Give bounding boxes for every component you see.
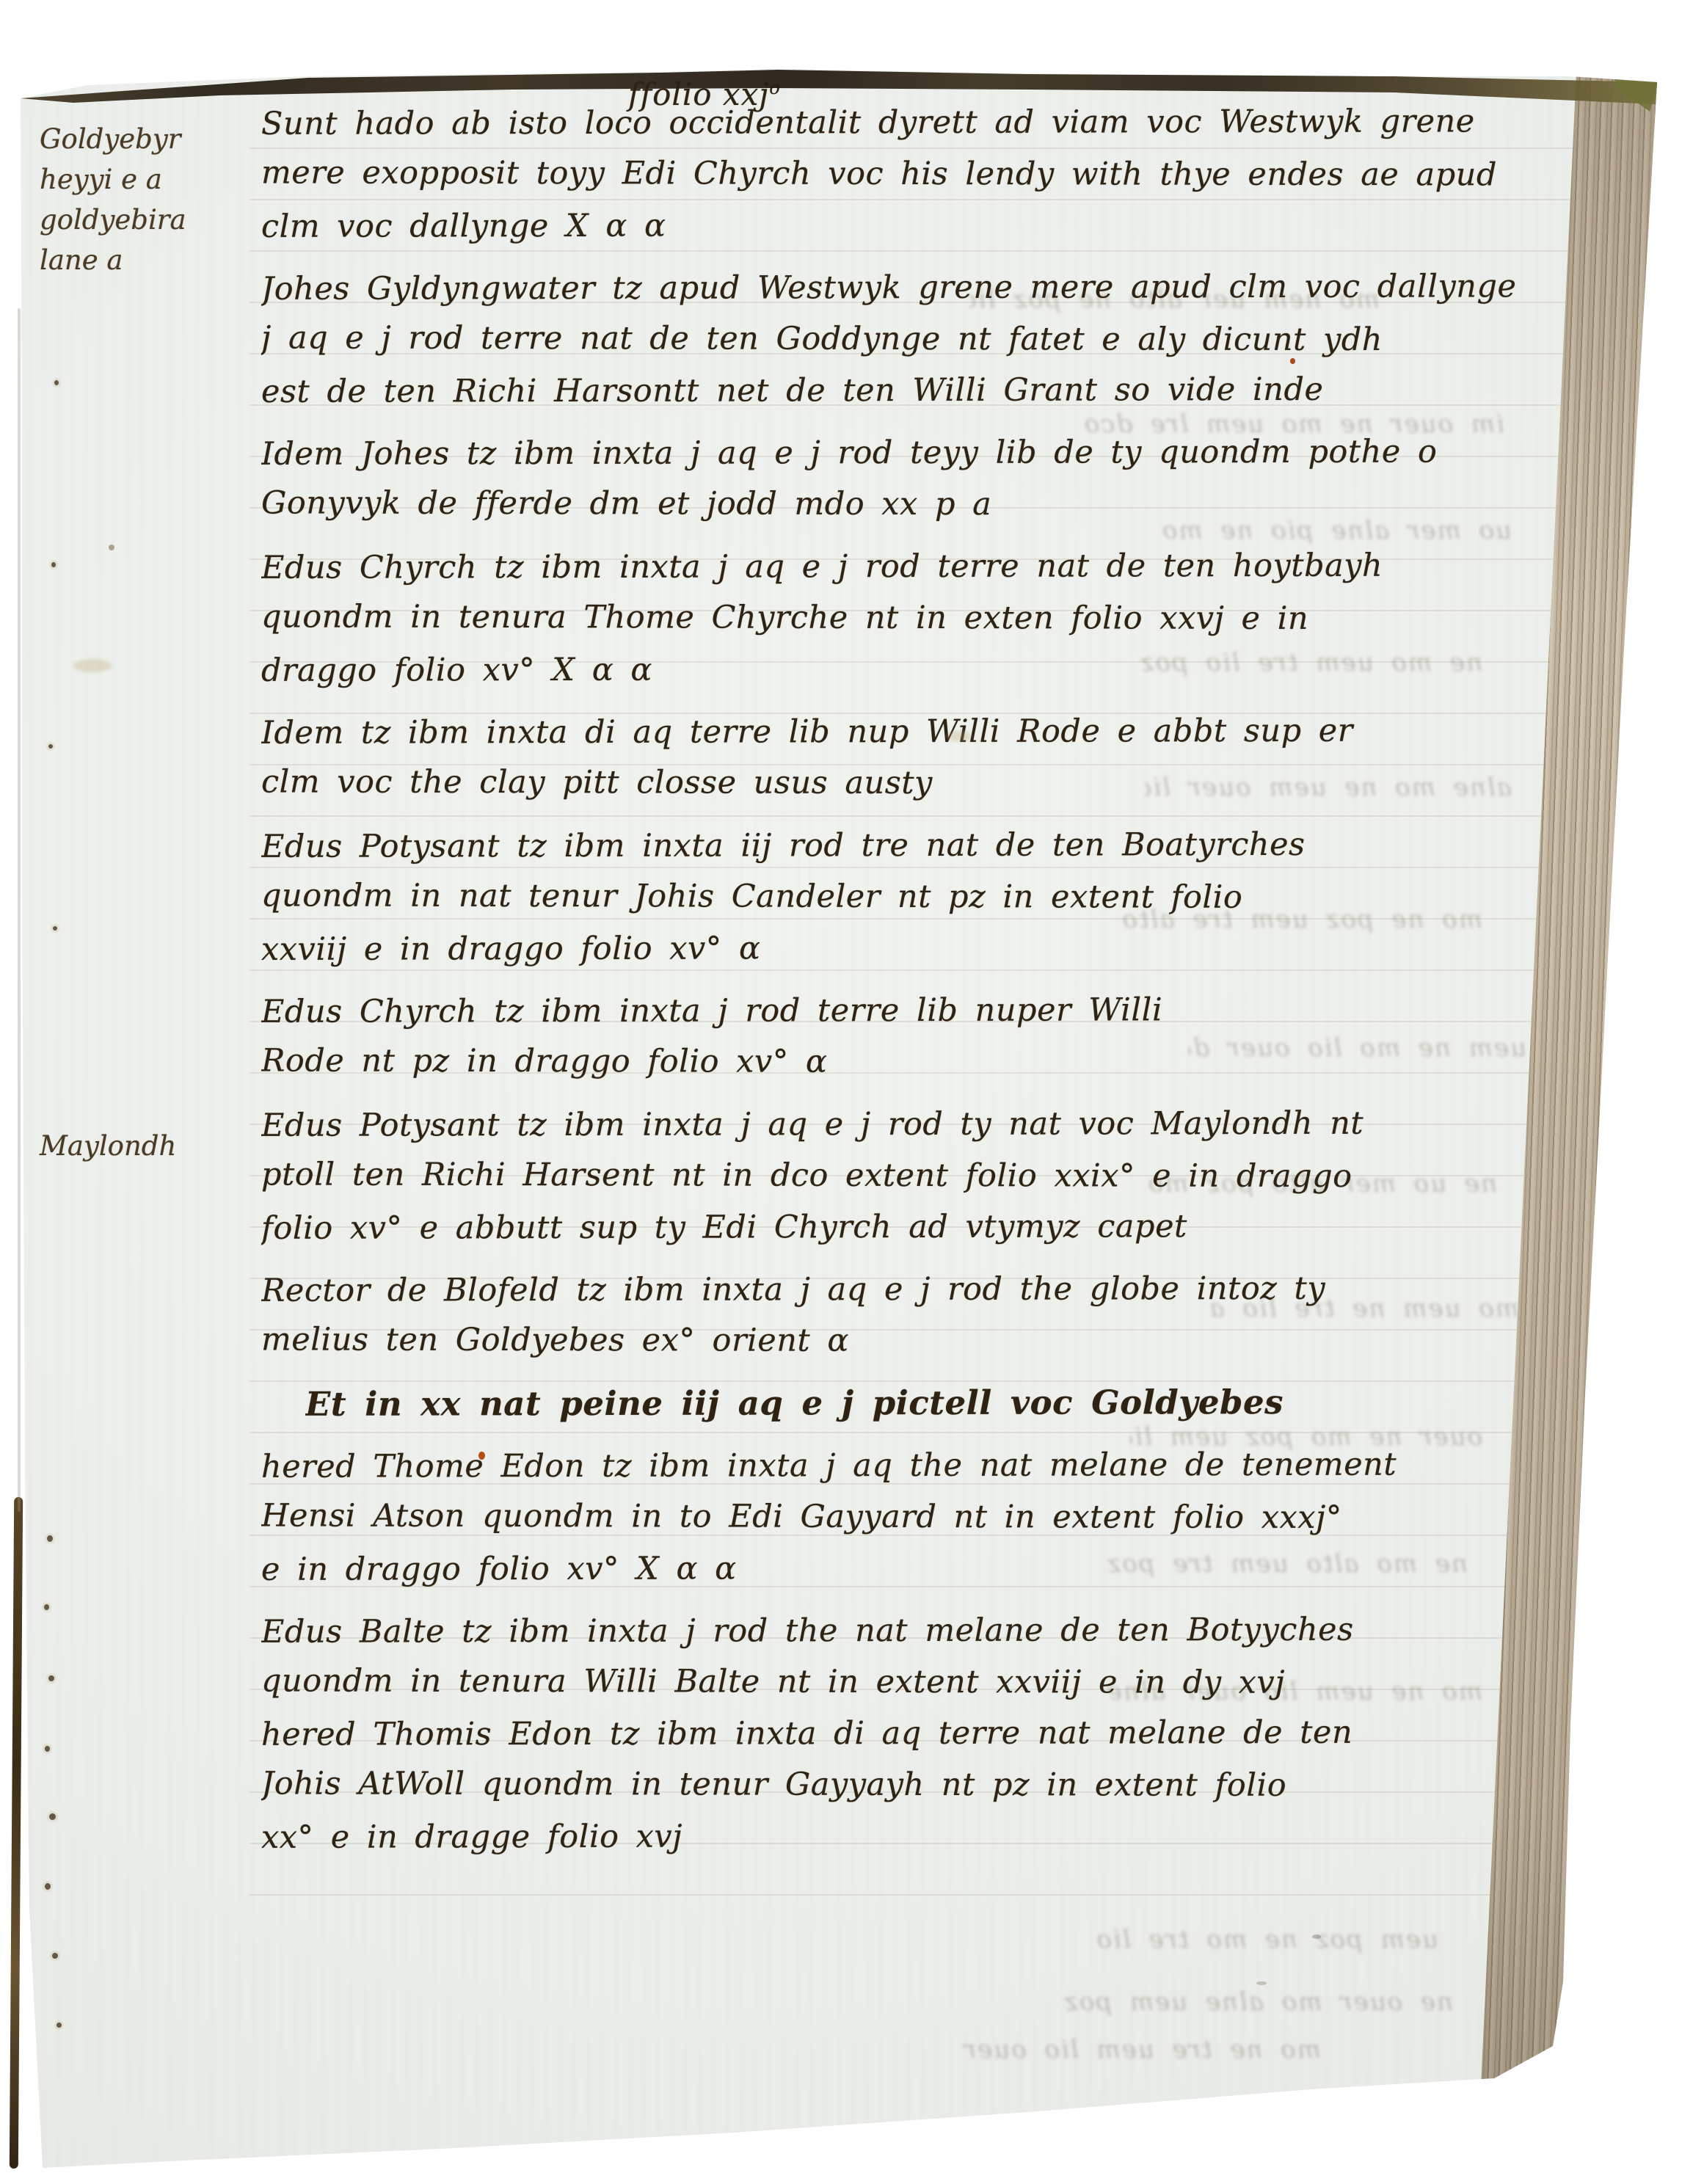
margin-note-line: Maylondh: [40, 1126, 260, 1166]
margin-note-line: goldyebira: [40, 200, 260, 240]
text-line: Rode nt pz in draggo folio xv° ɑ: [261, 1035, 1572, 1088]
text-line: Idem tz ibm inxta di aq terre lib nup Wi…: [261, 705, 1572, 759]
text-line: Edus Chyrch tz ibm inxta j aq e j rod te…: [261, 539, 1572, 594]
text-line: est de ten Richi Harsontt net de ten Wil…: [261, 363, 1572, 418]
text-line: e in draggo folio xv° X ɑ ɑ: [261, 1541, 1572, 1595]
page: mo nem uer alto ne poz lioim ouer ne mo …: [0, 0, 1693, 2184]
text-line: melius ten Goldyebes ex° orient ɑ: [261, 1314, 1572, 1367]
entry: hered Thome Edon tz ibm inxta j aq the n…: [261, 1440, 1572, 1594]
text-line: folio xv° e abbutt sup ty Edi Chyrch ad …: [261, 1200, 1572, 1254]
stitch-hole: [51, 562, 56, 567]
stain: [478, 1452, 485, 1460]
entry: Edus Chyrch tz ibm inxta j rod terre lib…: [261, 985, 1572, 1088]
entry: hered Thomis Edon tz ibm inxta di aq ter…: [261, 1708, 1572, 1862]
stain: [1256, 1981, 1267, 1985]
text-line: Johes Gyldyngwater tz apud Westwyk grene…: [261, 261, 1572, 315]
entry: Edus Potysant tz ibm inxta iij rod tre n…: [261, 820, 1572, 974]
entry: Johes Gyldyngwater tz apud Westwyk grene…: [261, 262, 1572, 416]
stain: [73, 659, 112, 672]
text-line: clm voc the clay pitt closse usus austy: [261, 756, 1572, 809]
text-line: clm voc dallynge X ɑ ɑ: [261, 198, 1572, 252]
text-line: hered Thomis Edon tz ibm inxta di aq ter…: [261, 1706, 1572, 1761]
showthrough-line: ne ouer mo alne uem poz: [983, 1985, 1453, 2019]
entry: Rector de Blofeld tz ibm inxta j aq e j …: [261, 1264, 1572, 1366]
text-line: Rector de Blofeld tz ibm inxta j aq e j …: [261, 1262, 1572, 1317]
text-area: Sunt hado ab isto loco occidentalit dyre…: [261, 97, 1572, 1862]
text-line: quondm in tenura Thome Chyrche nt in ext…: [261, 591, 1572, 644]
margin-note-line: heyyi e a: [40, 159, 260, 200]
margin-note-goldyebyr: Goldyebyr heyyi e a goldyebira lane a: [40, 119, 260, 280]
entry: Edus Potysant tz ibm inxta j aq e j rod …: [261, 1099, 1572, 1253]
stain: [947, 731, 972, 741]
stitch-hole: [54, 380, 59, 385]
entry: Edus Chyrch tz ibm inxta j aq e j rod te…: [261, 541, 1572, 695]
stitch-hole: [48, 1675, 54, 1681]
text-line: Sunt hado ab isto loco occidentalit dyre…: [261, 95, 1572, 150]
text-line: Et in xx nat peine iij aq e j pictell vo…: [305, 1376, 1572, 1430]
stitch-hole: [53, 926, 57, 931]
text-line: Edus Balte tz ibm inxta j rod the nat me…: [261, 1604, 1572, 1658]
showthrough-line: mo ne tre uem lio ouer: [660, 2033, 1321, 2067]
showthrough-line: uem poz ne mo tre lio: [881, 1923, 1438, 1956]
stitch-hole: [47, 1535, 53, 1542]
stitch-hole: [52, 1953, 58, 1959]
stitch-hole: [45, 1746, 50, 1752]
text-line: xx° e in dragge folio xvj: [261, 1809, 1572, 1863]
margin-note-line: Goldyebyr: [40, 119, 260, 159]
text-line: Hensi Atson quondm in to Edi Gayyard nt …: [261, 1490, 1572, 1543]
binding-gutter-line: [10, 1497, 23, 2169]
binding-gutter-faint-line: [18, 308, 21, 1512]
text-line: draggo folio xv° X ɑ ɑ: [261, 642, 1572, 696]
text-line: Idem Johes tz ibm inxta j aq e j rod tey…: [261, 426, 1572, 480]
stitch-hole: [44, 1604, 49, 1610]
margin-note-line: lane a: [40, 240, 260, 280]
stain: [1290, 358, 1295, 364]
stitch-hole: [45, 1883, 51, 1890]
entry: Sunt hado ab isto loco occidentalit dyre…: [261, 97, 1572, 251]
entry: Edus Balte tz ibm inxta j rod the nat me…: [261, 1605, 1572, 1708]
entry: Idem Johes tz ibm inxta j aq e j rod tey…: [261, 427, 1572, 530]
stain: [1312, 1934, 1321, 1939]
stain: [109, 545, 114, 550]
gutter-olive-mark: [0, 311, 7, 373]
text-line: Johis AtWoll quondm in tenur Gayyayh nt …: [261, 1758, 1572, 1811]
text-line: Gonyvyk de fferde dm et jodd mdo xx p a: [261, 477, 1572, 531]
text-line: ptoll ten Richi Harsent nt in dco extent…: [261, 1149, 1572, 1202]
stitch-hole: [49, 1813, 56, 1820]
stitch-hole: [57, 2023, 62, 2028]
text-line: mere exopposit toyy Edi Chyrch voc his l…: [261, 147, 1572, 200]
text-line: hered Thome Edon tz ibm inxta j aq the n…: [261, 1438, 1572, 1493]
text-line: j aq e j rod terre nat de ten Goddynge n…: [261, 312, 1572, 365]
text-line: Edus Potysant tz ibm inxta iij rod tre n…: [261, 818, 1572, 873]
entry: Et in xx nat peine iij aq e j pictell vo…: [261, 1377, 1572, 1429]
text-line: quondm in nat tenur Johis Candeler nt pz…: [261, 870, 1572, 923]
text-line: quondm in tenura Willi Balte nt in exten…: [261, 1655, 1572, 1708]
text-line: xxviij e in draggo folio xv° ɑ: [261, 921, 1572, 975]
margin-note-maylond: Maylondh: [40, 1126, 260, 1166]
entry: Idem tz ibm inxta di aq terre lib nup Wi…: [261, 706, 1572, 809]
text-line: Edus Chyrch tz ibm inxta j rod terre lib…: [261, 983, 1572, 1038]
text-line: Edus Potysant tz ibm inxta j aq e j rod …: [261, 1097, 1572, 1151]
stitch-hole: [48, 744, 53, 749]
